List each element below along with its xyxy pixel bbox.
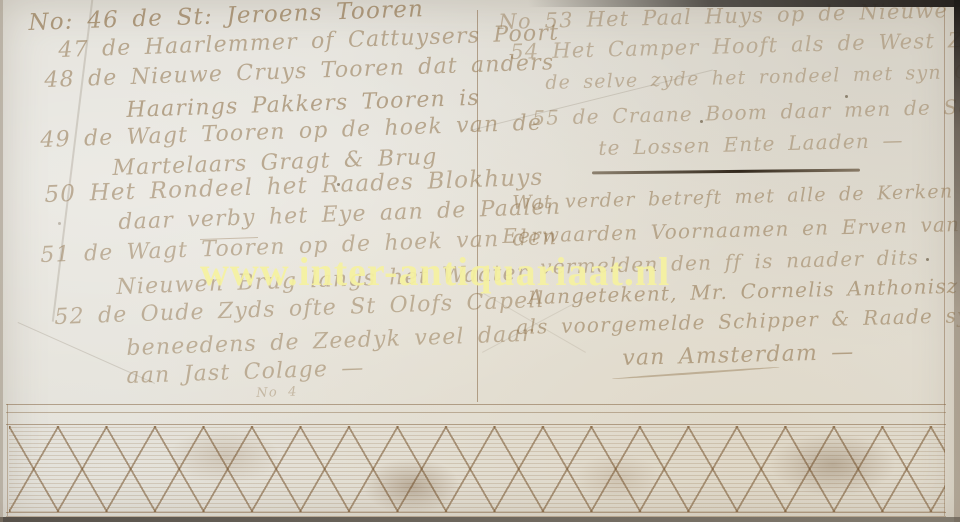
ink-speck <box>58 222 61 225</box>
watermark-text: www.inter-antiquariaat.nl <box>200 248 670 295</box>
footer-rule-4 <box>6 512 946 513</box>
footer-rule-1 <box>6 404 946 405</box>
photo-edge-left <box>0 0 3 522</box>
manuscript-line: de selve zyde het rondeel met syn Gebout <box>545 59 960 94</box>
manuscript-line: No 4 <box>256 385 298 401</box>
photo-edge-top <box>0 0 960 7</box>
manuscript-line: Eerwaarden Voornaamen en Erven van die <box>502 211 960 248</box>
manuscript-line: als voorgemelde Schipper & Raade synde <box>516 302 960 339</box>
ink-speck <box>926 258 929 261</box>
manuscript-scan: No: 46 de St: Jeroens Tooren47 de Haarle… <box>0 0 960 522</box>
manuscript-line: van Amsterdam — <box>622 340 855 371</box>
manuscript-line: 54 Het Camper Hooft als de West Zyde <box>510 27 960 64</box>
diamond-lattice-band <box>9 426 945 512</box>
ink-divider-stroke <box>592 169 860 175</box>
manuscript-line: Wat verder betreft met alle de Kerken Cl… <box>512 177 960 214</box>
ink-speck <box>845 95 848 98</box>
manuscript-line: te Lossen Ente Laaden — <box>598 128 904 160</box>
manuscript-line: beneedens de Zeedyk veel daar <box>126 322 534 361</box>
footer-left-rule <box>7 404 8 516</box>
footer-rule-3 <box>6 424 946 425</box>
manuscript-line: aan Jast Colage — <box>126 356 365 389</box>
ink-speck <box>700 120 703 123</box>
photo-edge-right <box>954 0 960 522</box>
photo-edge-bottom <box>0 517 960 522</box>
ink-speck <box>337 183 340 186</box>
footer-rule-2 <box>6 412 946 413</box>
